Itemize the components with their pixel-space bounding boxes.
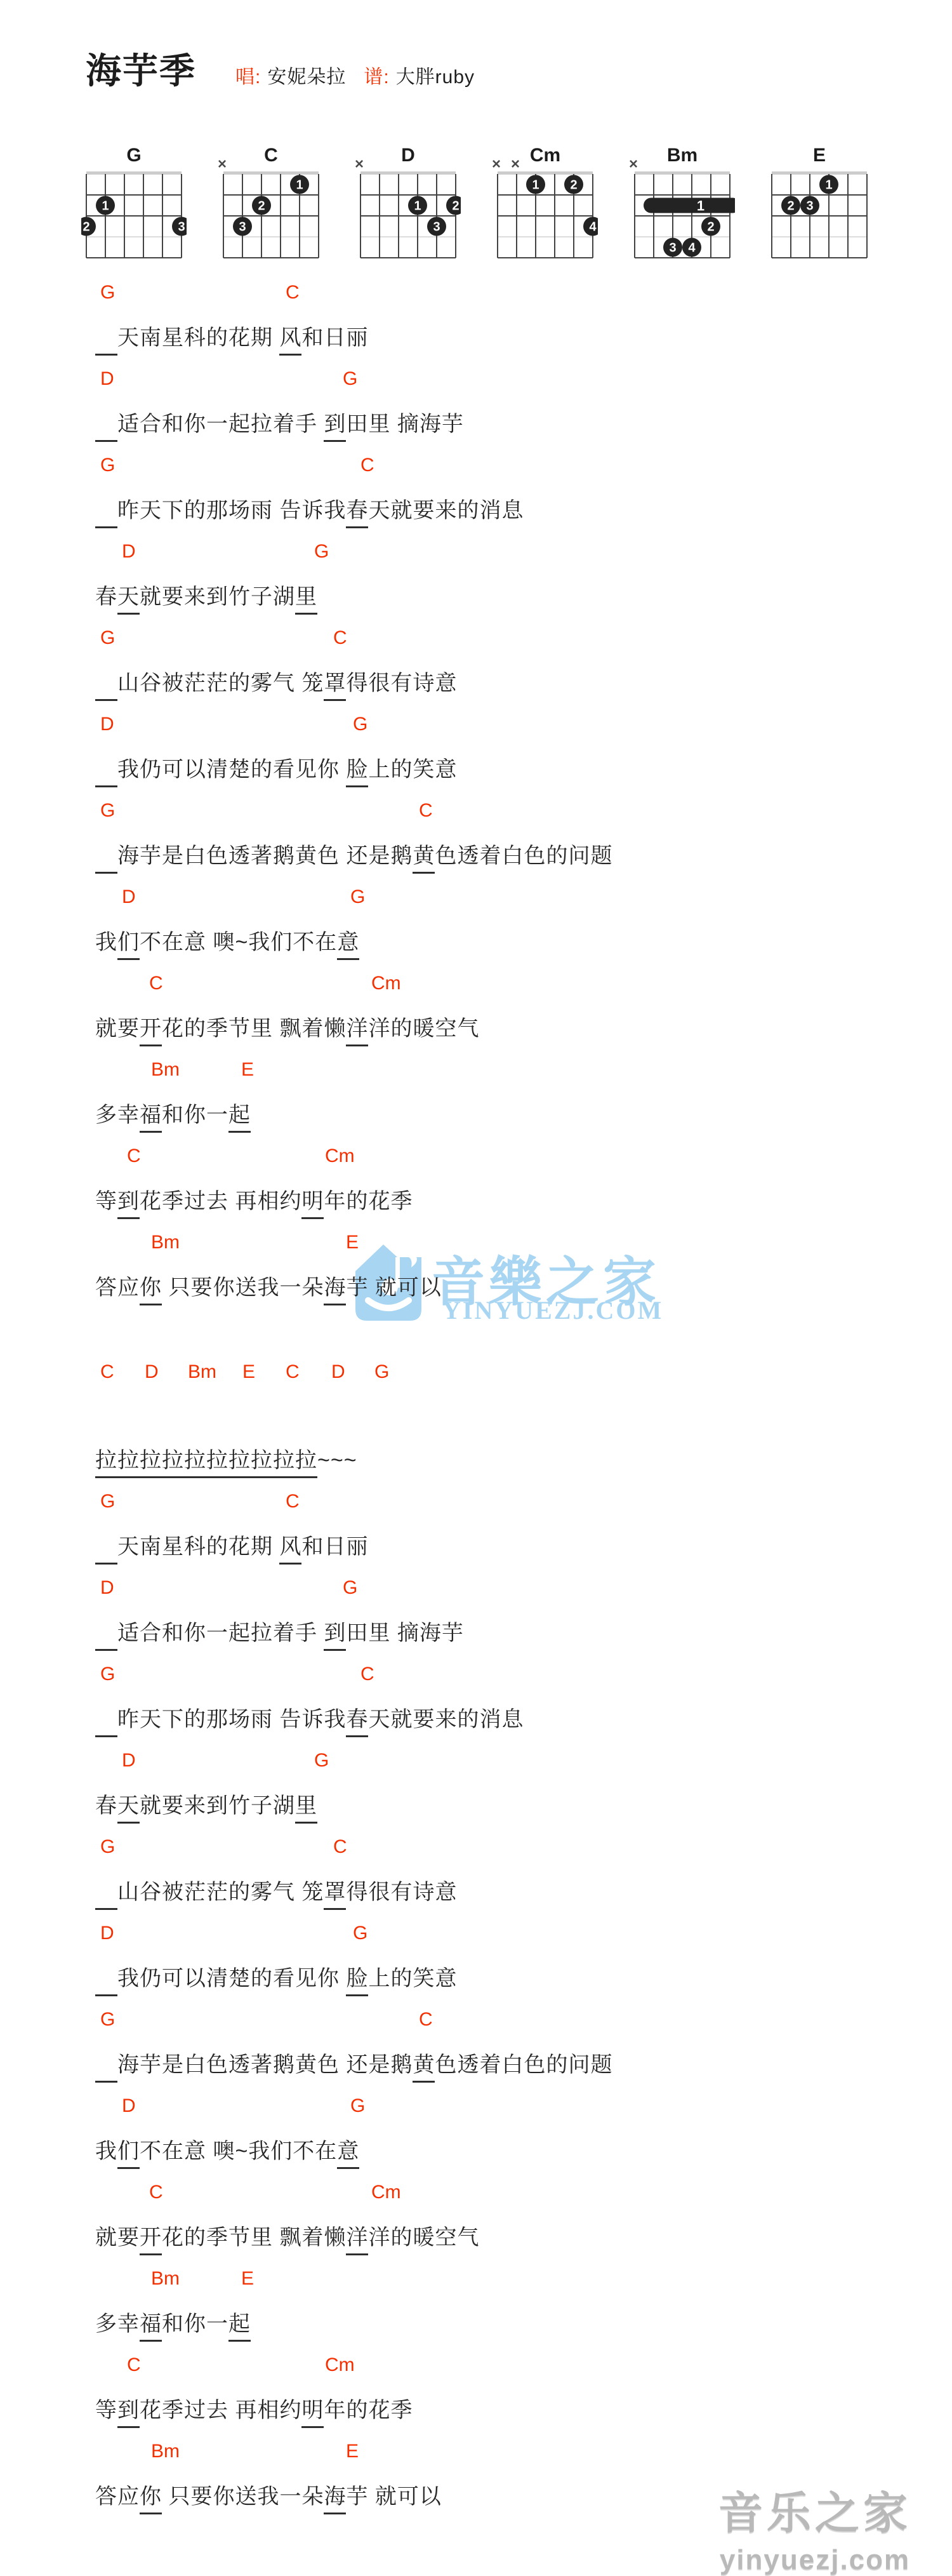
chord-label: C — [419, 800, 433, 822]
lyric-segment: 天南星科的花期 — [117, 320, 279, 351]
lyric-segment: 田里 摘海芋 — [346, 406, 463, 437]
lyric-segment: 天就要来的消息 — [368, 493, 524, 524]
chord-label: C — [149, 2182, 163, 2203]
chord-grid-E: E123 — [767, 145, 872, 263]
lyric-segment: 花的季节里 飘着懒 — [162, 2220, 346, 2251]
chord-line: GC — [95, 446, 882, 489]
lyric-segment-underlined — [95, 2047, 117, 2083]
lyric-line: 适合和你一起拉着手 到田里 摘海芋 — [95, 1612, 882, 1655]
chord-line: CDBmECDG — [95, 1352, 882, 1396]
chord-diagram-label: C — [264, 145, 278, 166]
lyric-segment: 天南星科的花期 — [117, 1529, 279, 1560]
chord-label: D — [122, 2095, 136, 2117]
svg-text:1: 1 — [296, 178, 303, 192]
lyric-segment: 春 — [95, 579, 117, 610]
lyric-segment-underlined: 到 — [324, 1615, 346, 1651]
lyric-segment: 色透着白色的问题 — [435, 838, 612, 869]
lyric-line: 我们不在意 噢~我们不在意 — [95, 921, 882, 964]
chord-label: C — [333, 627, 347, 649]
chord-line: DG — [95, 359, 882, 403]
lyric-segment: 多幸 — [95, 1097, 140, 1128]
page-title: 海芋季 — [86, 43, 196, 94]
chord-label: C — [149, 973, 163, 994]
lyric-segment: 我仍可以清楚的看见你 — [117, 752, 346, 783]
lyric-line: 海芋是白色透著鹅黄色 还是鹅黄色透着白色的问题 — [95, 2043, 882, 2086]
chord-diagram-label: Cm — [530, 145, 560, 166]
lyric-segment-underlined: 开 — [140, 2220, 162, 2255]
lyric-segment: 适合和你一起拉着手 — [117, 1615, 324, 1646]
lyric-line: 答应你 只要你送我一朵海芋 就可以 — [95, 2475, 882, 2518]
lyric-segment: 洋的暖空气 — [368, 1011, 479, 1042]
chord-label: D — [100, 368, 114, 390]
lyric-line: 山谷被茫茫的雾气 笼罩得很有诗意 — [95, 662, 882, 705]
chord-line: GC — [95, 618, 882, 662]
lyric-segment-underlined: 拉拉拉拉拉拉拉拉拉拉 — [95, 1443, 317, 1478]
chord-label: D — [122, 886, 136, 908]
muted-string-x-icon: × — [218, 156, 227, 173]
lyric-segment-underlined: 福 — [140, 1097, 162, 1133]
chord-line: DG — [95, 878, 882, 921]
lyric-segment: 答应 — [95, 2479, 140, 2510]
lyric-segment: 就要 — [95, 2220, 140, 2251]
lyric-segment-underlined — [95, 493, 117, 528]
lyric-segment-underlined: 们 — [117, 924, 140, 960]
lyric-segment: 多幸 — [95, 2306, 140, 2337]
chord-line: DG — [95, 1741, 882, 1784]
chord-line: BmE — [95, 2432, 882, 2475]
chord-grid-G: G123 — [81, 145, 187, 263]
spacer-row — [95, 1396, 882, 1439]
chord-label: C — [127, 2354, 141, 2376]
lyrics-and-chords: GC 天南星科的花期 风和日丽DG 适合和你一起拉着手 到田里 摘海芋GC 昨天… — [95, 273, 882, 2518]
lyric-segment: 上的笑意 — [368, 752, 457, 783]
chord-diagram-label: D — [401, 145, 415, 166]
credits: 唱: 安妮朵拉 谱: 大胖ruby — [235, 61, 486, 89]
svg-text:2: 2 — [452, 199, 459, 213]
chord-label: C — [100, 1361, 114, 1383]
lyric-segment-underlined: 开 — [140, 1011, 162, 1046]
lyric-line: 答应你 只要你送我一朵海芋 就可以 — [95, 1266, 882, 1309]
lyric-line: 就要开花的季节里 飘着懒洋洋的暖空气 — [95, 2216, 882, 2259]
chord-label: G — [353, 714, 367, 735]
lyric-line: 春天就要来到竹子湖里 — [95, 1784, 882, 1827]
svg-text:2: 2 — [258, 199, 265, 213]
lyric-line: 适合和你一起拉着手 到田里 摘海芋 — [95, 403, 882, 446]
chord-label: C — [360, 455, 374, 476]
svg-text:3: 3 — [669, 241, 676, 255]
sheet-header: 海芋季 唱: 安妮朵拉 谱: 大胖ruby — [86, 43, 486, 94]
lyric-segment: 不在意 噢~我们不在 — [140, 2133, 337, 2165]
lyric-segment: 色透着白色的问题 — [435, 2047, 612, 2078]
chord-label: E — [241, 2268, 254, 2290]
lyric-segment: 天就要来的消息 — [368, 1702, 524, 1733]
lyric-segment-underlined: 明 — [301, 2392, 324, 2428]
lyric-segment: 只要你送我一朵 — [162, 1270, 324, 1301]
svg-text:2: 2 — [707, 220, 714, 234]
lyric-segment-underlined — [95, 320, 117, 356]
lyric-segment-underlined: 意 — [337, 924, 359, 960]
lyric-segment-underlined: 天 — [117, 579, 140, 615]
lyric-segment-underlined: 里 — [295, 579, 317, 615]
lyric-segment-underlined — [95, 838, 117, 874]
lyric-segment-underlined — [95, 752, 117, 787]
chord-label: Cm — [371, 973, 401, 994]
lyric-segment: ~~~ — [317, 1448, 357, 1473]
lyric-line: 多幸福和你一起 — [95, 2302, 882, 2346]
lyric-segment-underlined: 明 — [301, 1184, 324, 1219]
chord-label: C — [419, 2009, 433, 2031]
score-label: 谱: — [364, 61, 389, 89]
chord-label: G — [374, 1361, 389, 1383]
lyric-segment: 山谷被茫茫的雾气 笼 — [117, 665, 324, 697]
chord-label: G — [314, 541, 329, 563]
chord-label: E — [241, 1059, 254, 1081]
chord-line: CCm — [95, 2173, 882, 2216]
lyric-line: 多幸福和你一起 — [95, 1093, 882, 1137]
chord-sheet-page: { "header": { "title": "海芋季", "sing_labe… — [0, 0, 952, 2576]
lyric-line: 天南星科的花期 风和日丽 — [95, 1525, 882, 1568]
lyric-segment-underlined — [95, 665, 117, 701]
chord-diagram-label: E — [813, 145, 826, 166]
singer-name: 安妮朵拉 — [267, 61, 346, 89]
watermark-domain-text-bottom: yinyuezj.com — [718, 2544, 911, 2576]
chord-diagram-D: D×123 — [355, 145, 461, 266]
chord-diagram-label: Bm — [667, 145, 697, 166]
chord-label: C — [286, 1491, 300, 1512]
chord-diagram-strip: G123C×123D×123Cm××124Bm×1234E123 — [81, 145, 872, 266]
lyric-segment: 和你一 — [162, 2306, 228, 2337]
chord-line: DG — [95, 2086, 882, 2130]
spacer-row — [95, 1309, 882, 1352]
chord-label: G — [350, 2095, 365, 2117]
lyric-segment-underlined — [95, 406, 117, 442]
lyric-segment: 得很有诗意 — [346, 1874, 457, 1905]
lyric-segment-underlined: 你 — [140, 2479, 162, 2514]
chord-label: G — [100, 800, 115, 822]
lyric-segment: 等 — [95, 2392, 117, 2424]
chord-line: CCm — [95, 964, 882, 1007]
svg-text:3: 3 — [239, 220, 246, 234]
lyric-segment: 和你一 — [162, 1097, 228, 1128]
svg-text:2: 2 — [570, 178, 577, 192]
lyric-segment: 就要来到竹子湖 — [140, 1788, 295, 1819]
lyric-line: 等到花季过去 再相约明年的花季 — [95, 1180, 882, 1223]
chord-line: BmE — [95, 2259, 882, 2302]
chord-label: D — [100, 1923, 114, 1944]
lyric-segment: 等 — [95, 1184, 117, 1215]
lyric-segment: 海芋是白色透著鹅黄色 还是鹅 — [117, 838, 413, 869]
lyric-segment-underlined: 风 — [279, 1529, 301, 1565]
chord-label: E — [242, 1361, 255, 1383]
lyric-segment: 我 — [95, 924, 117, 956]
lyric-segment: 不在意 噢~我们不在 — [140, 924, 337, 956]
chord-label: G — [100, 1491, 115, 1512]
chord-grid-Cm: Cm××124 — [493, 145, 598, 263]
chord-label: Cm — [325, 2354, 355, 2376]
svg-text:4: 4 — [688, 241, 696, 255]
chord-label: Cm — [371, 2182, 401, 2203]
chord-grid-D: D×123 — [355, 145, 461, 263]
lyric-segment: 适合和你一起拉着手 — [117, 406, 324, 437]
lyric-segment-underlined — [95, 1529, 117, 1565]
lyric-segment: 洋的暖空气 — [368, 2220, 479, 2251]
chord-label: G — [350, 886, 365, 908]
chord-label: C — [286, 1361, 300, 1383]
chord-label: E — [346, 2441, 359, 2462]
lyric-line: 昨天下的那场雨 告诉我春天就要来的消息 — [95, 489, 882, 532]
chord-line: DG — [95, 1914, 882, 1957]
chord-line: DG — [95, 705, 882, 748]
chord-label: C — [360, 1664, 374, 1685]
lyric-segment-underlined: 春 — [346, 493, 368, 528]
svg-text:3: 3 — [433, 220, 440, 234]
lyric-segment: 芋 就可以 — [346, 2479, 441, 2510]
lyric-line: 海芋是白色透著鹅黄色 还是鹅黄色透着白色的问题 — [95, 834, 882, 878]
svg-text:3: 3 — [806, 199, 813, 213]
lyric-line: 就要开花的季节里 飘着懒洋洋的暖空气 — [95, 1007, 882, 1050]
lyric-segment-underlined: 脸 — [346, 1961, 368, 1996]
lyric-segment: 花季过去 再相约 — [140, 2392, 301, 2424]
chord-grid-Bm: Bm×1234 — [630, 145, 735, 263]
chord-label: D — [122, 1750, 136, 1772]
lyric-segment-underlined: 风 — [279, 320, 301, 356]
lyric-segment: 海芋是白色透著鹅黄色 还是鹅 — [117, 2047, 413, 2078]
lyric-line: 昨天下的那场雨 告诉我春天就要来的消息 — [95, 1698, 882, 1741]
lyric-segment: 年的花季 — [324, 2392, 413, 2424]
lyric-segment: 就要来到竹子湖 — [140, 579, 295, 610]
lyric-segment-underlined: 脸 — [346, 752, 368, 787]
chord-label: E — [346, 1232, 359, 1253]
chord-label: C — [333, 1836, 347, 1858]
lyric-segment-underlined: 起 — [228, 1097, 251, 1133]
chord-label: G — [100, 282, 115, 304]
chord-diagram-G: G123 — [81, 145, 187, 266]
lyric-segment: 得很有诗意 — [346, 665, 457, 697]
svg-text:2: 2 — [83, 220, 89, 234]
chord-diagram-Bm: Bm×1234 — [630, 145, 735, 266]
chord-grid-C: C×123 — [218, 145, 324, 263]
lyric-segment-underlined — [95, 1702, 117, 1737]
chord-label: Bm — [151, 2268, 180, 2290]
muted-string-x-icon: × — [630, 156, 638, 173]
lyric-segment-underlined: 春 — [346, 1702, 368, 1737]
chord-line: GC — [95, 791, 882, 834]
svg-text:1: 1 — [532, 178, 539, 192]
svg-text:1: 1 — [697, 198, 704, 214]
chord-label: Bm — [151, 1059, 180, 1081]
chord-line: CCm — [95, 2346, 882, 2389]
svg-text:1: 1 — [825, 178, 832, 192]
lyric-segment: 只要你送我一朵 — [162, 2479, 324, 2510]
lyric-segment: 我仍可以清楚的看见你 — [117, 1961, 346, 1992]
muted-string-x-icon: × — [493, 156, 501, 173]
lyric-segment-underlined: 到 — [117, 2392, 140, 2428]
lyric-segment-underlined: 海 — [324, 2479, 346, 2514]
lyric-segment-underlined — [95, 1615, 117, 1651]
chord-line: GC — [95, 1482, 882, 1525]
lyric-segment: 答应 — [95, 1270, 140, 1301]
chord-label: Bm — [188, 1361, 216, 1383]
lyric-line: 山谷被茫茫的雾气 笼罩得很有诗意 — [95, 1871, 882, 1914]
sing-label: 唱: — [235, 61, 261, 89]
lyric-line: 拉拉拉拉拉拉拉拉拉拉~~~ — [95, 1439, 882, 1482]
chord-label: G — [100, 2009, 115, 2031]
chord-label: C — [127, 1145, 141, 1167]
chord-label: D — [100, 1577, 114, 1599]
lyric-segment: 芋 就可以 — [346, 1270, 441, 1301]
lyric-segment: 春 — [95, 1788, 117, 1819]
lyric-segment: 就要 — [95, 1011, 140, 1042]
lyric-segment-underlined: 里 — [295, 1788, 317, 1824]
svg-text:1: 1 — [102, 199, 109, 213]
chord-label: Cm — [325, 1145, 355, 1167]
chord-line: CCm — [95, 1137, 882, 1180]
chord-label: D — [145, 1361, 159, 1383]
lyric-segment: 昨天下的那场雨 告诉我 — [117, 1702, 346, 1733]
chord-label: G — [100, 1664, 115, 1685]
lyric-segment-underlined: 黄 — [413, 2047, 435, 2083]
lyric-segment-underlined: 意 — [337, 2133, 359, 2169]
lyric-segment-underlined: 天 — [117, 1788, 140, 1824]
chord-label: G — [100, 1836, 115, 1858]
chord-label: G — [353, 1923, 367, 1944]
muted-string-x-icon: × — [355, 156, 364, 173]
lyric-segment-underlined: 黄 — [413, 838, 435, 874]
lyric-segment: 花的季节里 飘着懒 — [162, 1011, 346, 1042]
lyric-segment-underlined: 到 — [117, 1184, 140, 1219]
lyric-segment: 山谷被茫茫的雾气 笼 — [117, 1874, 324, 1905]
chord-line: GC — [95, 2000, 882, 2043]
chord-label: G — [314, 1750, 329, 1772]
chord-label: G — [343, 1577, 357, 1599]
lyric-segment: 花季过去 再相约 — [140, 1184, 301, 1215]
lyric-segment-underlined: 起 — [228, 2306, 251, 2342]
lyric-line: 春天就要来到竹子湖里 — [95, 575, 882, 618]
lyric-segment: 田里 摘海芋 — [346, 1615, 463, 1646]
chord-label: Bm — [151, 2441, 180, 2462]
lyric-segment: 和日丽 — [301, 320, 368, 351]
chord-label: G — [100, 627, 115, 649]
chord-diagram-E: E123 — [767, 145, 872, 266]
chord-label: C — [286, 282, 300, 304]
svg-text:2: 2 — [787, 199, 794, 213]
chord-line: GC — [95, 1827, 882, 1871]
lyric-segment-underlined: 海 — [324, 1270, 346, 1305]
chord-line: BmE — [95, 1050, 882, 1093]
chord-label: D — [122, 541, 136, 563]
lyric-segment-underlined: 到 — [324, 406, 346, 442]
svg-text:4: 4 — [589, 220, 597, 234]
chord-line: BmE — [95, 1223, 882, 1266]
chord-label: G — [343, 368, 357, 390]
chord-label: D — [100, 714, 114, 735]
chord-diagram-Cm: Cm××124 — [493, 145, 598, 266]
chord-diagram-C: C×123 — [218, 145, 324, 266]
svg-text:1: 1 — [414, 199, 421, 213]
chord-label: Bm — [151, 1232, 180, 1253]
lyric-segment-underlined: 洋 — [346, 2220, 368, 2255]
lyric-segment: 年的花季 — [324, 1184, 413, 1215]
svg-text:3: 3 — [178, 220, 185, 234]
scorer-name: 大胖ruby — [396, 61, 475, 89]
lyric-segment: 和日丽 — [301, 1529, 368, 1560]
lyric-line: 我们不在意 噢~我们不在意 — [95, 2130, 882, 2173]
lyric-segment-underlined: 你 — [140, 1270, 162, 1305]
lyric-segment-underlined: 洋 — [346, 1011, 368, 1046]
chord-diagram-label: G — [126, 145, 141, 166]
muted-string-x-icon: × — [511, 156, 520, 173]
lyric-segment-underlined: 罩 — [324, 665, 346, 701]
lyric-segment-underlined: 福 — [140, 2306, 162, 2342]
chord-line: DG — [95, 532, 882, 575]
chord-label: D — [331, 1361, 345, 1383]
lyric-segment: 昨天下的那场雨 告诉我 — [117, 493, 346, 524]
lyric-segment-underlined — [95, 1874, 117, 1910]
lyric-segment-underlined — [95, 1961, 117, 1996]
lyric-segment-underlined: 们 — [117, 2133, 140, 2169]
chord-label: G — [100, 455, 115, 476]
chord-line: GC — [95, 273, 882, 316]
lyric-segment-underlined: 罩 — [324, 1874, 346, 1910]
lyric-segment: 我 — [95, 2133, 117, 2165]
chord-line: GC — [95, 1655, 882, 1698]
chord-line: DG — [95, 1568, 882, 1612]
lyric-line: 我仍可以清楚的看见你 脸上的笑意 — [95, 748, 882, 791]
lyric-line: 等到花季过去 再相约明年的花季 — [95, 2389, 882, 2432]
lyric-line: 天南星科的花期 风和日丽 — [95, 316, 882, 359]
lyric-line: 我仍可以清楚的看见你 脸上的笑意 — [95, 1957, 882, 2000]
lyric-segment: 上的笑意 — [368, 1961, 457, 1992]
